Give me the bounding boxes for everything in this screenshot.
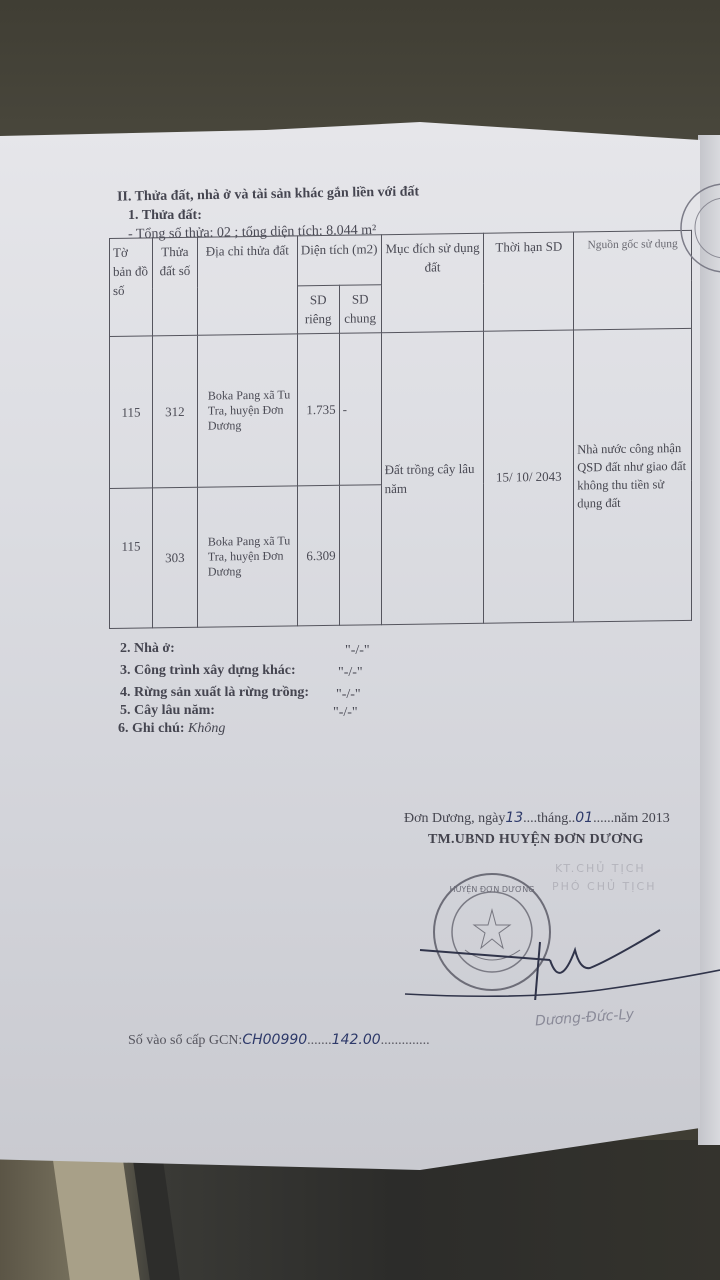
table-row: 115 312 Boka Pang xã Tu Tra, huyện Đơn D… xyxy=(110,328,692,488)
cell-address: Boka Pang xã Tu Tra, huyện Đơn Dương xyxy=(197,334,297,487)
header-area: Diện tích (m2) xyxy=(297,235,381,286)
cell-address: Boka Pang xã Tu Tra, huyện Đơn Dương xyxy=(197,486,297,627)
item-perennial-trees: 5. Cây lâu năm: xyxy=(120,703,215,719)
signer-title-1: KT.CHỦ TỊCH xyxy=(555,862,646,875)
item-house-value: "-/-" xyxy=(345,643,370,659)
signer-name: Dương-Đức-Ly xyxy=(535,1007,635,1030)
item-other-construction: 3. Công trình xây dựng khác: xyxy=(120,663,296,679)
cell-term: 15/ 10/ 2043 xyxy=(484,330,574,623)
issuing-authority: TM.UBND HUYỆN ĐƠN DƯƠNG xyxy=(428,832,644,848)
header-address: Địa chỉ thửa đất xyxy=(197,236,297,335)
item-other-construction-value: "-/-" xyxy=(338,665,363,681)
document-content: II. Thửa đất, nhà ở và tài sản khác gắn … xyxy=(0,0,720,1280)
item-house: 2. Nhà ở: xyxy=(120,641,175,657)
signature-scribble-icon xyxy=(400,890,720,1000)
cell-area-private: 1.735 xyxy=(297,333,339,486)
cell-area-private: 6.309 xyxy=(297,485,339,626)
item-perennial-trees-value: "-/-" xyxy=(333,705,358,721)
item-notes: 6. Ghi chú: Không xyxy=(118,721,225,737)
cell-area-common xyxy=(339,485,381,626)
cell-purpose: Đất trồng cây lâu năm xyxy=(381,331,484,624)
cell-parcel-no: 312 xyxy=(152,335,197,488)
cell-origin: Nhà nước công nhận QSD đất như giao đất … xyxy=(574,328,692,622)
item-plantation-forest: 4. Rừng sản xuất là rừng trồng: xyxy=(120,685,309,701)
header-term: Thời hạn SD xyxy=(484,232,574,331)
subsection-title: 1. Thửa đất: xyxy=(128,208,202,224)
cell-map-sheet: 115 xyxy=(110,488,153,629)
header-area-common: SD chung xyxy=(339,285,381,334)
land-parcel-table: Tờ bản đồ số Thửa đất số Địa chỉ thửa đấ… xyxy=(109,230,692,629)
table-header-row: Tờ bản đồ số Thửa đất số Địa chỉ thửa đấ… xyxy=(110,230,692,288)
signature-date-line: Đơn Dương, ngày13....tháng..01......năm … xyxy=(404,810,670,827)
registry-line: Số vào sổ cấp GCN:CH00990.......142.00..… xyxy=(128,1032,430,1049)
header-parcel-no: Thửa đất số xyxy=(152,237,197,336)
item-plantation-forest-value: "-/-" xyxy=(336,687,361,703)
header-purpose: Mục đích sử dụng đất xyxy=(381,233,484,332)
header-area-private: SD riêng xyxy=(297,285,339,334)
cell-map-sheet: 115 xyxy=(110,336,153,489)
header-map-sheet: Tờ bản đồ số xyxy=(110,238,153,337)
cell-parcel-no: 303 xyxy=(152,487,197,628)
cell-area-common: - xyxy=(339,333,381,486)
partial-seal-icon xyxy=(665,178,720,278)
section-title: II. Thửa đất, nhà ở và tài sản khác gắn … xyxy=(117,184,419,205)
